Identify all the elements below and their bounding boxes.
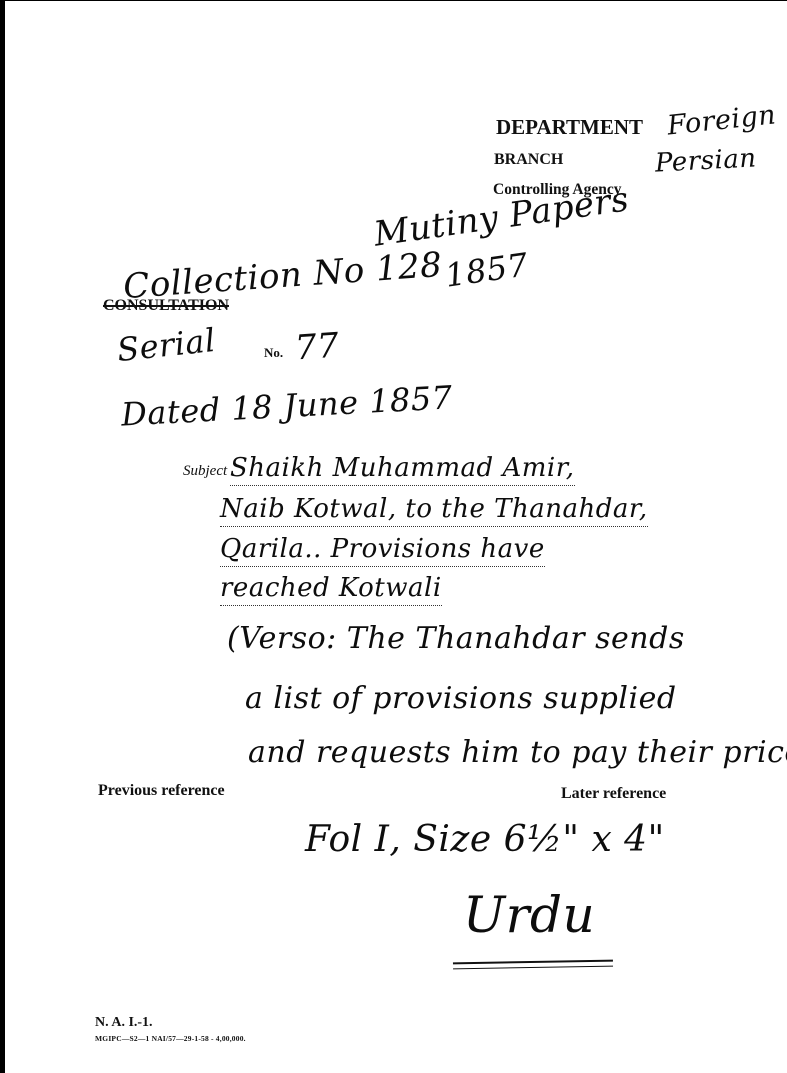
language: Urdu: [463, 886, 595, 944]
serial-number: 77: [294, 326, 341, 369]
later-reference-label: Later reference: [561, 785, 666, 803]
folio-size: Fol I, Size 6½" x 4": [305, 819, 665, 860]
verso-line: and requests him to pay their price): [248, 735, 787, 770]
subject-line: Shaikh Muhammad Amir,: [230, 453, 575, 486]
department-value: Foreign: [666, 99, 778, 141]
verso-line: (Verso: The Thanahdar sends: [227, 621, 685, 656]
record-card: DEPARTMENT Foreign BRANCH Persian Contro…: [0, 0, 787, 1073]
collection-year: 1857: [443, 245, 531, 294]
branch-label: BRANCH: [494, 151, 563, 169]
subject-label: Subject: [183, 463, 227, 480]
date-field: Dated 18 June 1857: [120, 378, 453, 433]
printer-line: MGIPC—S2—1 NAI/57—29-1-58 - 4,00,000.: [95, 1034, 246, 1043]
department-label: DEPARTMENT: [496, 115, 643, 140]
previous-reference-label: Previous reference: [98, 782, 225, 800]
subject-line: Qarila.. Provisions have: [220, 534, 545, 567]
verso-line: a list of provisions supplied: [245, 681, 677, 716]
form-code: N. A. I.-1.: [95, 1015, 153, 1031]
consultation-label-struck: CONSULTATION: [103, 297, 229, 315]
consultation-label: CONSULTATION: [103, 297, 229, 314]
language-underline: [453, 960, 613, 970]
branch-value: Persian: [654, 143, 757, 178]
subject-line: reached Kotwali: [220, 573, 442, 606]
number-label: No.: [264, 345, 283, 361]
serial-label: Serial: [115, 321, 217, 369]
subject-line: Naib Kotwal, to the Thanahdar,: [220, 494, 648, 527]
